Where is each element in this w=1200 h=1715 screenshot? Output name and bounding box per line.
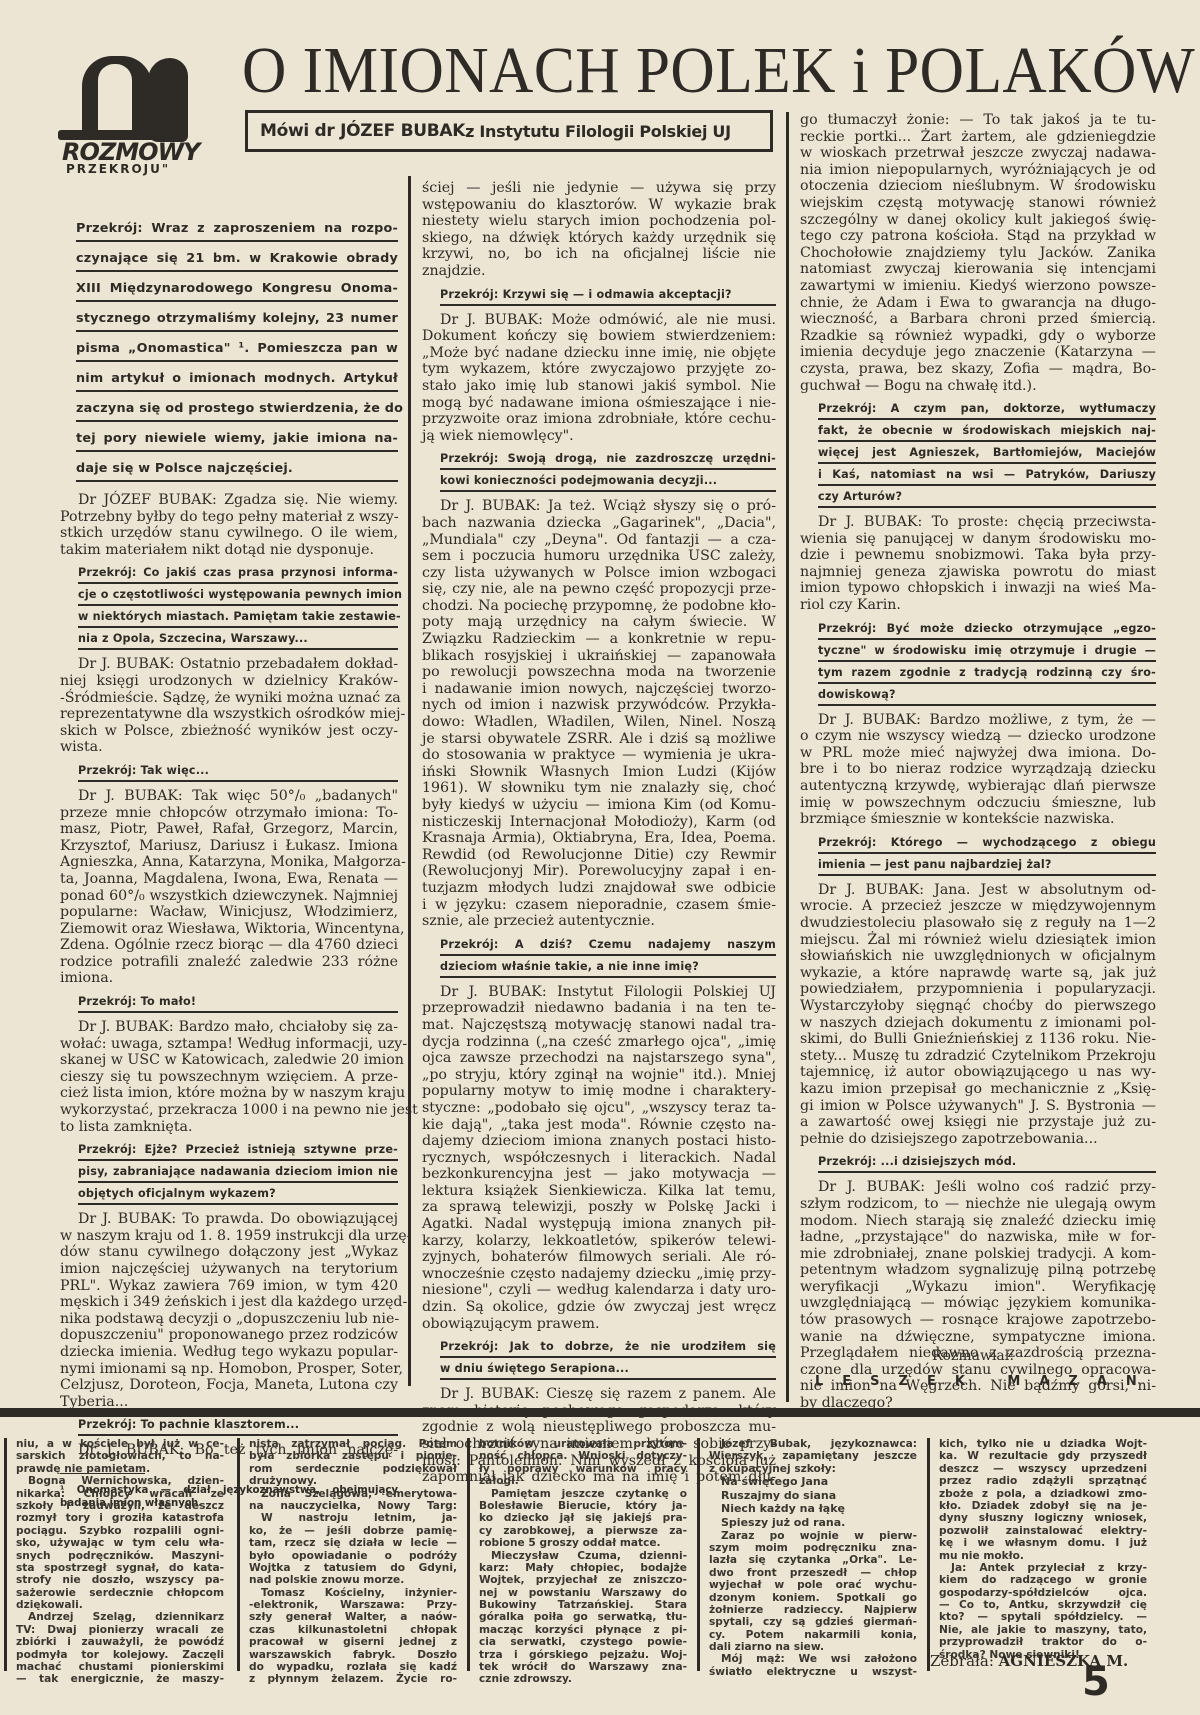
text-line: nista zatrzymał pociąg. Potem: [249, 1438, 457, 1450]
text-line: tek wrócił do Warszawy zna-: [479, 1661, 687, 1673]
question-line: Przekrój: ...i dzisiejszych mód.: [818, 1151, 1156, 1173]
text-line: przyprowadził traktor do o-: [939, 1636, 1147, 1648]
column-rule-2: [786, 112, 789, 1402]
column-rule-1: [408, 176, 411, 1386]
text-line: — Co to, Antku, skrzywdził cię: [939, 1599, 1147, 1611]
text-line: zaczyna się od prostego stwierdzenia, że…: [76, 392, 398, 422]
text-line: nej w powstaniu Warszawy do: [479, 1587, 687, 1599]
text-line: go tłumaczył żonie: — To tak jakoś ja te…: [800, 112, 1156, 129]
text-line: Przekrój: Wraz z zaproszeniem na rozpo-: [76, 212, 398, 242]
text-line: Pamiętam jeszcze czytankę o: [479, 1488, 687, 1500]
text-line: była zbiórka zastępu i pionie-: [249, 1450, 457, 1462]
text-line: takim materiałem nikt dotąd nie dysponuj…: [60, 542, 398, 559]
text-line: tów prasowych — rosnące krajowe zapotrze…: [800, 1312, 1156, 1329]
question-line: czy Arturów?: [818, 486, 1156, 508]
question-line: Przekrój: Co jakiś czas prasa przynosi i…: [78, 562, 398, 584]
text-line: Dr J. BUBAK: Ja też. Wciąż słyszy się o …: [422, 498, 776, 515]
question-3: Przekrój: Tak więc...: [60, 760, 398, 782]
text-line: nych od imion i nazwisk przywódców. Przy…: [422, 697, 776, 714]
text-line: wrocie. A przecież jeszcze w międzywojen…: [800, 898, 1156, 915]
question-2: Przekrój: Co jakiś czas prasa przynosi i…: [60, 562, 398, 650]
text-line: czy lista używanych w Polsce imion wzbog…: [422, 565, 776, 582]
answer-4: Dr J. BUBAK: Bardzo mało, chciałoby się …: [60, 1019, 398, 1135]
question-9: Przekrój: A dziś? Czemu nadajemy naszymd…: [422, 934, 776, 978]
text-line: lektura książek Sienkiewicza. Kilka lat …: [422, 1183, 776, 1200]
question-line: Przekrój: Którego — wychodzącego z obieg…: [818, 832, 1156, 854]
logo-wordmark: ROZMOWY: [62, 140, 190, 164]
text-line: w wioskach przetrwał jeszcze zwyczaj nad…: [800, 145, 1156, 162]
text-line: ta, Joanna, Magdalena, Iwona, Ewa, Renat…: [60, 871, 398, 888]
text-line: krzywi, no, bo ich na oficjalnej liście …: [422, 246, 776, 263]
text-line: blikach rosyjskiej i ukraińskiej — zapan…: [422, 648, 776, 665]
text-line: „Mundiala" czy „Deyna". Od fantazji — a …: [422, 532, 776, 549]
text-line: robione 5 groszy oddał matce.: [479, 1537, 687, 1549]
text-line: tuzjazm młodych ludzi znajdował swe odbi…: [422, 880, 776, 897]
interviewer-label: Rozmawiał:: [932, 1348, 1014, 1364]
text-line: Celzjusz, Doroteon, Focja, Maneta, Luton…: [60, 1377, 398, 1394]
text-line: pozwolił zainstalować elektry-: [939, 1525, 1147, 1537]
text-line: mogą być nadawane imiona ośmieszające i …: [422, 395, 776, 412]
question-14: Przekrój: ...i dzisiejszych mód.: [800, 1151, 1156, 1173]
question-line: Przekrój: Jak to dobrze, że nie urodziłe…: [440, 1336, 776, 1358]
article-column-3: go tłumaczył żonie: — To tak jakoś ja te…: [800, 112, 1156, 1412]
text-line: wieczność, a Barbara chroni przed śmierc…: [800, 311, 1156, 328]
text-line: Dr J. BUBAK: Ostatnio przebadałem dokład…: [60, 656, 398, 673]
text-line: Dr JÓZEF BUBAK: Zgadza się. Nie wiemy.: [60, 492, 398, 509]
text-line: Wierszyk, zapamiętany jeszcze: [709, 1450, 917, 1462]
article-column-2: ściej — jeśli nie jedynie — używa się pr…: [422, 180, 776, 1486]
question-line: objętych oficjalnym wykazem?: [78, 1183, 398, 1205]
text-line: rozmył tory i groziła katastrofa: [16, 1512, 224, 1524]
text-line: „Może być nadane dziecku inne imię, nie …: [422, 345, 776, 362]
text-line: góralka poiła go serwatką, tłu-: [479, 1611, 687, 1623]
question-10: Przekrój: Jak to dobrze, że nie urodziłe…: [422, 1336, 776, 1380]
text-line: się, czy nie, ale na pewno część propozy…: [422, 581, 776, 598]
text-line: pociągu. Szybko rozpalili ogni-: [16, 1525, 224, 1537]
text-line: sznie, ale przecież autentycznie.: [422, 913, 776, 930]
answer-7: Dr J. BUBAK: Może odmówić, ale nie musi.…: [422, 312, 776, 445]
text-line: Bogna Wernichowska, dzien-: [16, 1475, 224, 1487]
text-line: wyjechał w pole orać wychu-: [709, 1579, 917, 1591]
text-line: Dokument kończy się bowiem stwierdzeniem…: [422, 328, 776, 345]
text-line: cznie zdrowszy.: [479, 1673, 687, 1685]
text-line: PRL". Wykaz zawiera 769 imion, w tym 420: [60, 1278, 398, 1295]
text-line: czysta, prawa, bez skazy, Zofia — mądra,…: [800, 361, 1156, 378]
text-line: dów stanu cywilnego dołączony jest „Wyka…: [60, 1244, 398, 1261]
answer-10-continued: go tłumaczył żonie: — To tak jakoś ja te…: [800, 112, 1156, 394]
text-line: słowiańskich nie uwzględnionych w oficja…: [800, 948, 1156, 965]
text-line: TV: Dwaj pionierzy wracali ze: [16, 1624, 224, 1636]
text-line: zyjnych, bohaterów filmowych seriali. Al…: [422, 1249, 776, 1266]
text-line: rom serdecznie podziękował: [249, 1463, 457, 1475]
bottom-column-rule-0: [4, 1438, 7, 1671]
text-line: za sprawą telewizji, poszły w Polskę Jac…: [422, 1199, 776, 1216]
bottom-column-rule-4: [927, 1438, 930, 1671]
text-line: skanej w USC w Katowicach, zaledwie 20 i…: [60, 1052, 398, 1069]
text-line: imiona.: [60, 970, 398, 987]
text-line: niej księgi urodzonych w dzielnicy Krakó…: [60, 673, 398, 690]
text-line: nisticzeskij Internacjonał Mołodioży), K…: [422, 814, 776, 831]
text-line: cy. Potem nakarmili konia,: [709, 1629, 917, 1641]
text-line: brzmiące śmiesznie w kontekście nazwiska…: [800, 811, 1156, 828]
text-line: Ziemowit oraz Wiesława, Wiktoria, Wincen…: [60, 921, 398, 938]
text-line: przeze mnie chłopców otrzymało imiona: T…: [60, 805, 398, 822]
text-line: mie zdrobniałej, znane polskiej tradycji…: [800, 1246, 1156, 1263]
text-line: XIII Międzynarodowego Kongresu Onoma-: [76, 272, 398, 302]
text-line: botników uratowała przytom-: [479, 1438, 687, 1450]
question-line: Przekrój: Tak więc...: [78, 760, 398, 782]
text-line: nim artykuł o imionach modnych. Artykuł: [76, 362, 398, 392]
text-line: żołnierze radzieccy. Najpierw: [709, 1604, 917, 1616]
text-line: Bolesławie Bierucie, który ja-: [479, 1500, 687, 1512]
text-line: uwzględniającą — mówiąc językiem komunik…: [800, 1295, 1156, 1312]
interviewer-name: LESZEK MAZAN: [815, 1374, 1165, 1389]
text-line: ność chłopca. Wnioski dotyczy-: [479, 1450, 687, 1462]
question-line: w dniu świętego Serapiona...: [440, 1358, 776, 1380]
text-line: tajemnicę, iż autor obowiązującego u nas…: [800, 1064, 1156, 1081]
text-line: bezkonkurencyjna jest — jako motywacja —: [422, 1166, 776, 1183]
question-line: Przekrój: Swoją drogą, nie zazdroszczę u…: [440, 448, 776, 470]
poem-line: Na świętego Jana: [709, 1475, 917, 1489]
bottom-column-rule-1: [237, 1438, 240, 1671]
text-line: snych podręczników. Maszyni-: [16, 1550, 224, 1562]
text-line: lazła się czytanka „Orka". Le-: [709, 1554, 917, 1566]
text-line: iński Słownik Własnych Imion Ludzi (Kijó…: [422, 764, 776, 781]
text-line: imię w powszechnym odczuciu śmieszne, lu…: [800, 795, 1156, 812]
article-title: O IMIONACH POLEK i POLAKÓW: [242, 36, 1098, 106]
question-4: Przekrój: To mało!: [60, 991, 398, 1013]
text-line: ojca zawsze przechodzi na najstarszego s…: [422, 1050, 776, 1067]
text-line: reprezentatywne dla wszystkich ośrodków …: [60, 706, 398, 723]
answer-13: Dr J. BUBAK: Jana. Jest w absolutnym od-…: [800, 882, 1156, 1148]
text-line: chodzi. Na pociechę przypomnę, że podobn…: [422, 598, 776, 615]
text-line: -elektronik, Warszawa: Przy-: [249, 1599, 457, 1611]
text-line: Krasnaja Armia), Oktiabryna, Era, Idea, …: [422, 830, 776, 847]
text-line: tam, rzecz się działa w lecie —: [249, 1537, 457, 1549]
text-line: dzin. Są okolice, gdzie ów zwyczaj jest …: [422, 1299, 776, 1316]
text-line: macząc korzyści płynące z pi-: [479, 1624, 687, 1636]
text-line: autentyczną krzywdę, wybierając dlań pie…: [800, 778, 1156, 795]
text-line: na nauczycielka, Nowy Targ:: [249, 1500, 457, 1512]
text-line: w naszym kraju od 1. 8. 1959 instrukcji …: [60, 1228, 398, 1245]
text-line: sażerowie serdecznie chłopcom: [16, 1587, 224, 1599]
text-line: modom. Niech starają się znaleźć dziecku…: [800, 1213, 1156, 1230]
text-line: dopuszczeniu" proponowanego przez rodzic…: [60, 1327, 398, 1344]
text-line: nia imion niepopularnych, wyróżniających…: [800, 162, 1156, 179]
text-line: Dr J. BUBAK: Instytut Filologii Polskiej…: [422, 984, 776, 1001]
text-line: „po stryju, który zginął na wojnie" itd.…: [422, 1067, 776, 1084]
question-line: Przekrój: A dziś? Czemu nadajemy naszym: [440, 934, 776, 956]
text-line: dali ziarno na siew.: [709, 1641, 917, 1653]
text-line: Andrzej Szeląg, dziennikarz: [16, 1611, 224, 1623]
text-line: nad polskie znowu morze.: [249, 1574, 457, 1586]
text-line: dajemy dzieciom imiona znanych postaci h…: [422, 1133, 776, 1150]
subtitle-speaker: Mówi dr JÓZEF BUBAK: [260, 121, 465, 141]
text-line: weryfikacji „Wykazu imion". Weryfikację: [800, 1279, 1156, 1296]
text-line: spytali, czy są gdzieś giermań-: [709, 1616, 917, 1628]
text-line: Wystarczyłoby sięgnąć choćby do pierwsze…: [800, 998, 1156, 1015]
question-line: imienia — jest panu najbardziej żal?: [818, 854, 1156, 876]
answer-1: Dr JÓZEF BUBAK: Zgadza się. Nie wiemy.Po…: [60, 492, 398, 558]
text-line: imion najczęściej używanych na terytoriu…: [60, 1261, 398, 1278]
text-line: wista.: [60, 739, 398, 756]
question-line: dzieciom właśnie takie, a nie inne imię?: [440, 956, 776, 978]
text-line: dwudziestoleciu plasowało się z reguły n…: [800, 915, 1156, 932]
text-line: niesione", czyli — według kalendarza i d…: [422, 1282, 776, 1299]
text-line: Dr J. BUBAK: Może odmówić, ale nie musi.: [422, 312, 776, 329]
text-line: Dr J. BUBAK: Cieszę się razem z panem. A…: [422, 1386, 776, 1403]
text-line: stycznego otrzymaliśmy kolejny, 23 numer: [76, 302, 398, 332]
text-line: gi imion w Polsce używanych" J. S. Bystr…: [800, 1098, 1156, 1115]
article-column-1: Przekrój: Wraz z zaproszeniem na rozpo-c…: [60, 212, 398, 1510]
text-line: stety... Muszę tu zdradzić Czytelnikom P…: [800, 1048, 1156, 1065]
text-line: zboże z pola, a dziadkowi zmo-: [939, 1488, 1147, 1500]
text-line: męskich i 349 żeńskich i jest dla każdeg…: [60, 1294, 398, 1311]
bottom-column-4: Józef Bubak, językoznawca:Wierszyk, zapa…: [709, 1438, 917, 1678]
text-line: karz: Mały chłopiec, bodajże: [479, 1562, 687, 1574]
text-line: Dr J. BUBAK: Jeśli wolno coś radzić przy…: [800, 1179, 1156, 1196]
poem-line: Ruszajmy do siana: [709, 1489, 917, 1503]
text-line: ściej — jeśli nie jedynie — używa się pr…: [422, 180, 776, 197]
bottom-column-rule-3: [697, 1438, 700, 1671]
question-line: w niektórych miastach. Pamiętam takie ze…: [78, 606, 398, 628]
bottom-column-rule-2: [467, 1438, 470, 1671]
text-line: wiejskim częstą motywację stanowi równie…: [800, 195, 1156, 212]
text-line: dycja rodzinna („na cześć zmarłego ojca"…: [422, 1034, 776, 1051]
answer-9: Dr J. BUBAK: Instytut Filologii Polskiej…: [422, 984, 776, 1332]
bottom-column-2: nista zatrzymał pociąg. Potembyła zbiórk…: [249, 1438, 457, 1686]
question-line: Przekrój: Krzywi się — i odmawia akcepta…: [440, 284, 776, 306]
text-line: dzie i pewnemu snobizmowi. Taka była prz…: [800, 547, 1156, 564]
text-line: 1961). W słowniku tym nie znalazły się, …: [422, 780, 776, 797]
text-line: je starsi obywatele ZSRR. Ale i dziś są …: [422, 731, 776, 748]
text-line: Mój mąż: We wsi założono: [709, 1653, 917, 1665]
text-line: znajdzie.: [422, 263, 776, 280]
text-line: imienia decyduje jego znaczenie (Katarzy…: [800, 344, 1156, 361]
text-line: popularne: Wacław, Winicjusz, Włodzimier…: [60, 904, 398, 921]
text-line: światło elektryczne u wszyst-: [709, 1666, 917, 1678]
text-line: sko, używając w tym celu wła-: [16, 1537, 224, 1549]
text-line: kę i we własnym domu. I już: [939, 1537, 1147, 1549]
text-line: trza i górskiego pejzażu. Woj-: [479, 1649, 687, 1661]
text-line: Zdena. Ogólnie rzecz biorąc — dla 4760 d…: [60, 937, 398, 954]
section-divider: [0, 1408, 1200, 1417]
question-6: Przekrój: To pachnie klasztorem...: [60, 1414, 398, 1436]
text-line: Mieczysław Czuma, dzienni-: [479, 1550, 687, 1562]
text-line: riol czy Karin.: [800, 597, 1156, 614]
text-line: chnie, że Adam i Ewa to gwarancja na dłu…: [800, 295, 1156, 312]
text-line: tym wykazem, które zwyczajowo przyjęte z…: [422, 361, 776, 378]
question-line: i Kaś, natomiast na wsi — Patryków, Dari…: [818, 464, 1156, 486]
question-line: Przekrój: A czym pan, doktorze, wytłumac…: [818, 398, 1156, 420]
text-line: niestety wielu starych imion pochodzenia…: [422, 213, 776, 230]
text-line: dziękowali.: [16, 1599, 224, 1611]
text-line: -Śródmieście. Sądzę, że wyniki można uzn…: [60, 690, 398, 707]
question-line: kowi konieczności podejmowania decyzji..…: [440, 470, 776, 492]
text-line: rodzice potrafili znaleźć zaledwie 233 r…: [60, 954, 398, 971]
text-line: szłym rodzicom, to — niechże nie ulegają…: [800, 1196, 1156, 1213]
text-line: dwo front przeszedł — chłop: [709, 1567, 917, 1579]
text-line: deszcz — wszyscy uprzedzeni: [939, 1463, 1147, 1475]
text-line: (Rewolucjonyj Mir). Porewolucyjny zapał …: [422, 863, 776, 880]
text-line: Rzadkie są również wypadki, gdy o wyborz…: [800, 328, 1156, 345]
text-line: mat. Najczęstszą motywację stanowi nadal…: [422, 1017, 776, 1034]
text-line: mu nie mokło.: [939, 1550, 1147, 1562]
text-line: kło. Dziadek zdobył się na je-: [939, 1500, 1147, 1512]
text-line: podmyła tor kolejowy. Zaczęli: [16, 1649, 224, 1661]
answer-11: Dr J. BUBAK: To proste: chęcią przeciwst…: [800, 514, 1156, 614]
text-line: załogi.: [479, 1475, 687, 1487]
text-line: Dr J. BUBAK: Tak więc 50°/₀ „badanych": [60, 788, 398, 805]
text-line: Wojtka z tatusiem do Gdyni,: [249, 1562, 457, 1574]
text-line: rycznych, współczesnych i literackich. N…: [422, 1150, 776, 1167]
intro-question: Przekrój: Wraz z zaproszeniem na rozpo-c…: [60, 212, 398, 482]
text-line: reckie portki... Żart żartem, ale gdzien…: [800, 129, 1156, 146]
text-line: Krzysztof, Mariusz, Dariusz i Łukasz. Im…: [60, 838, 398, 855]
question-line: fakt, że obecnie w środowiskach miejskic…: [818, 420, 1156, 442]
text-line: drużynowy.: [249, 1475, 457, 1487]
text-line: Dr J. BUBAK: Jana. Jest w absolutnym od-: [800, 882, 1156, 899]
text-line: Agatki. Nadal występują imiona znanych p…: [422, 1216, 776, 1233]
text-line: obowiązującym prawem.: [422, 1316, 776, 1333]
text-line: Chochołowie znajdziemy tylu Jacków. Zani…: [800, 245, 1156, 262]
answer-6-continued: ściej — jeśli nie jedynie — używa się pr…: [422, 180, 776, 280]
bottom-column-1: niu, a w kościele był już w ce-sarskich …: [16, 1438, 224, 1686]
text-line: otoczenia dzieciom nieślubnym. W środowi…: [800, 178, 1156, 195]
text-line: i w języku: czasem nieporadnie, czasem ś…: [422, 897, 776, 914]
text-line: pisma „Onomastica" ¹. Pomieszcza pan w: [76, 332, 398, 362]
text-line: nika podstawą decyzji o „dopuszczeniu lu…: [60, 1311, 398, 1328]
text-line: do stosowania w praktyce — wymienia je u…: [422, 747, 776, 764]
text-line: Dr J. BUBAK: To proste: chęcią przeciwst…: [800, 514, 1156, 531]
text-line: Związku Radzieckim — a konkretnie w repu…: [422, 631, 776, 648]
text-line: nikarka: Chłopcy wracali ze: [16, 1488, 224, 1500]
subtitle-affiliation: z Instytutu Filologii Polskiej UJ: [465, 122, 731, 141]
text-line: nymi imionami są np. Homobon, Prosper, S…: [60, 1361, 398, 1378]
text-line: natomiast zwyczaj kierowania się intencj…: [800, 261, 1156, 278]
text-line: było opowiadanie o podróży: [249, 1550, 457, 1562]
text-line: szły generał Walter, a naów-: [249, 1611, 457, 1623]
question-line: pisy, zabraniające nadawania dzieciom im…: [78, 1161, 398, 1183]
text-line: czas kilkunastoletni chłopak: [249, 1624, 457, 1636]
text-line: wienia się panującej w danym środowisku …: [800, 531, 1156, 548]
text-line: pełnie do dzisiejszego zapotrzebowania..…: [800, 1131, 1156, 1148]
question-8: Przekrój: Swoją drogą, nie zazdroszczę u…: [422, 448, 776, 492]
text-line: sta spostrzegł sygnał, do kata-: [16, 1562, 224, 1574]
text-line: cieszy się tu powszechnym wzięciem. A pr…: [60, 1069, 398, 1086]
text-line: guchwał — Bogu na chwałę itd.).: [800, 378, 1156, 395]
text-line: ły poprawy warunków pracy: [479, 1463, 687, 1475]
text-line: ponad 60°/₀ wszystkich dziewczynek. Najm…: [60, 888, 398, 905]
text-line: czynające się 21 bm. w Krakowie obrady: [76, 242, 398, 272]
text-line: kazu imion przepisał go mechanicznie z „…: [800, 1081, 1156, 1098]
text-line: kto? — spytali spółdzielcy. —: [939, 1611, 1147, 1623]
text-line: wnocześnie często nadajemy dziecku „imię…: [422, 1266, 776, 1283]
text-line: zbiórki i zauważyli, że powódź: [16, 1636, 224, 1648]
text-line: bach nazwania dziecka „Gagarinek", „Daci…: [422, 515, 776, 532]
poem-line: Niech każdy na łąkę: [709, 1502, 917, 1516]
text-line: masz, Piotr, Paweł, Rafał, Grzegorz, Mar…: [60, 821, 398, 838]
answer-12: Dr J. BUBAK: Bardzo możliwe, z tym, że —…: [800, 712, 1156, 828]
question-7: Przekrój: Krzywi się — i odmawia akcepta…: [422, 284, 776, 306]
answer-2: Dr J. BUBAK: Ostatnio przebadałem dokład…: [60, 656, 398, 756]
text-line: prawdę nie pamiętam.: [16, 1463, 224, 1475]
text-line: zgodnie z wolą nieustępliwego proboszcza…: [422, 1419, 776, 1436]
text-line: bre i to bo nieraz rodzice wyrządzają dz…: [800, 761, 1156, 778]
text-line: Zofia Szelągowa, emerytowa-: [249, 1488, 457, 1500]
poem-line: Spieszy już od rana.: [709, 1516, 917, 1530]
text-line: dzonym koniem. Spotkali go: [709, 1592, 917, 1604]
answer-5: Dr J. BUBAK: To prawda. Do obowiązującej…: [60, 1211, 398, 1410]
signoff-label: Zebrała:: [930, 1652, 999, 1670]
text-line: do wypadku, rozlała się kadź: [249, 1661, 457, 1673]
text-line: przez radio zdążyli sprzątnąć: [939, 1475, 1147, 1487]
question-line: Przekrój: To pachnie klasztorem...: [78, 1414, 398, 1436]
text-line: petentnym władzom sygnalizuję pilną potr…: [800, 1262, 1156, 1279]
text-line: z płynnym żelazem. Życie ro-: [249, 1673, 457, 1685]
bottom-column-5: kich, tylko nie u dziadka Wojt-ka. W rez…: [939, 1438, 1147, 1661]
text-line: warszawskich fabryk. Doszło: [249, 1649, 457, 1661]
text-line: wykorzystać, przekracza 1000 i na pewno …: [60, 1102, 398, 1119]
text-line: cy zarobkowej, a pierwsze za-: [479, 1525, 687, 1537]
text-line: ładne, „przystające" do nazwiska, miłe w…: [800, 1229, 1156, 1246]
text-line: kich, tylko nie u dziadka Wojt-: [939, 1438, 1147, 1450]
logo-figure-cutout: [98, 64, 132, 134]
text-line: w naszych dziejach dokumentu z imionami …: [800, 1015, 1156, 1032]
text-line: gospodarzy-spółdzielców ojca.: [939, 1587, 1147, 1599]
text-line: imion typowo chłopskich i inwazji na wie…: [800, 580, 1156, 597]
question-line: dowiskową?: [818, 684, 1156, 706]
text-line: stało jako imię lub stanowi jakiś symbol…: [422, 378, 776, 395]
text-line: sarskich złotogłowiach, to na-: [16, 1450, 224, 1462]
text-line: Zaraz po wojnie w pierw-: [709, 1530, 917, 1542]
question-5: Przekrój: Ejże? Przecież istnieją sztywn…: [60, 1139, 398, 1205]
text-line: szym moim podręczniku zna-: [709, 1542, 917, 1554]
question-line: tym razem zgodnie z tradycją rodzinną cz…: [818, 662, 1156, 684]
text-line: tego czy patrona kościoła. Stąd na przyk…: [800, 228, 1156, 245]
question-line: cje o częstotliwości występowania pewnyc…: [78, 584, 398, 606]
text-line: dowo: Władlen, Władilen, Wilen, Ninel. N…: [422, 714, 776, 731]
text-line: W nastroju letnim, ja-: [249, 1512, 457, 1524]
text-line: machać chustami pionierskimi: [16, 1661, 224, 1673]
text-line: i nadawanie imion nowych, najczęściej tw…: [422, 681, 776, 698]
text-line: sem i poczucia humoru urzędnika USC zale…: [422, 548, 776, 565]
text-line: cia serwatki, czystego powie-: [479, 1636, 687, 1648]
question-11: Przekrój: A czym pan, doktorze, wytłumac…: [800, 398, 1156, 508]
question-line: tyczne" w środowisku imię otrzymuje i dr…: [818, 640, 1156, 662]
text-line: skimi, do Bulli Gnieźnieńskiej z 1136 ro…: [800, 1031, 1156, 1048]
text-line: tej pory niewiele wiemy, jakie imiona na…: [76, 422, 398, 452]
text-line: a zawartość owej księgi nie przystaje ju…: [800, 1114, 1156, 1131]
text-line: ka. W rezultacie gdy przyszedł: [939, 1450, 1147, 1462]
text-line: ko dziecko jął się jakiejś pra-: [479, 1512, 687, 1524]
text-line: po rewolucji powszechna moda na tworzeni…: [422, 664, 776, 681]
text-line: w PRL może mieć najwyżej dwa imiona. Do-: [800, 745, 1156, 762]
text-line: Wojtek, przyjechał ze zniszczo-: [479, 1574, 687, 1586]
text-line: kiem do radzącego w gronie: [939, 1574, 1147, 1586]
text-line: Rewdid (od Rewolucjonne Ditie) czy Rewmi…: [422, 847, 776, 864]
text-line: skiego, na dźwięk których każdy urzędnik…: [422, 230, 776, 247]
text-line: Dr J. BUBAK: Bardzo mało, chciałoby się …: [60, 1019, 398, 1036]
page-number: 5: [1082, 1660, 1110, 1704]
text-line: Józef Bubak, językoznawca:: [709, 1438, 917, 1450]
text-line: najmniej geneza zjawiska powrotu do mias…: [800, 564, 1156, 581]
text-line: były kiedyś w użyciu — imiona Kim (od Ko…: [422, 797, 776, 814]
text-line: wykazie, a które naprawdę warte są, jak …: [800, 965, 1156, 982]
text-line: o czym nie wszyscy wiedzą — dziecko urod…: [800, 728, 1156, 745]
text-line: Nie, ale jakie to maszyny, tato,: [939, 1624, 1147, 1636]
text-line: — tak energicznie, że maszy-: [16, 1673, 224, 1685]
